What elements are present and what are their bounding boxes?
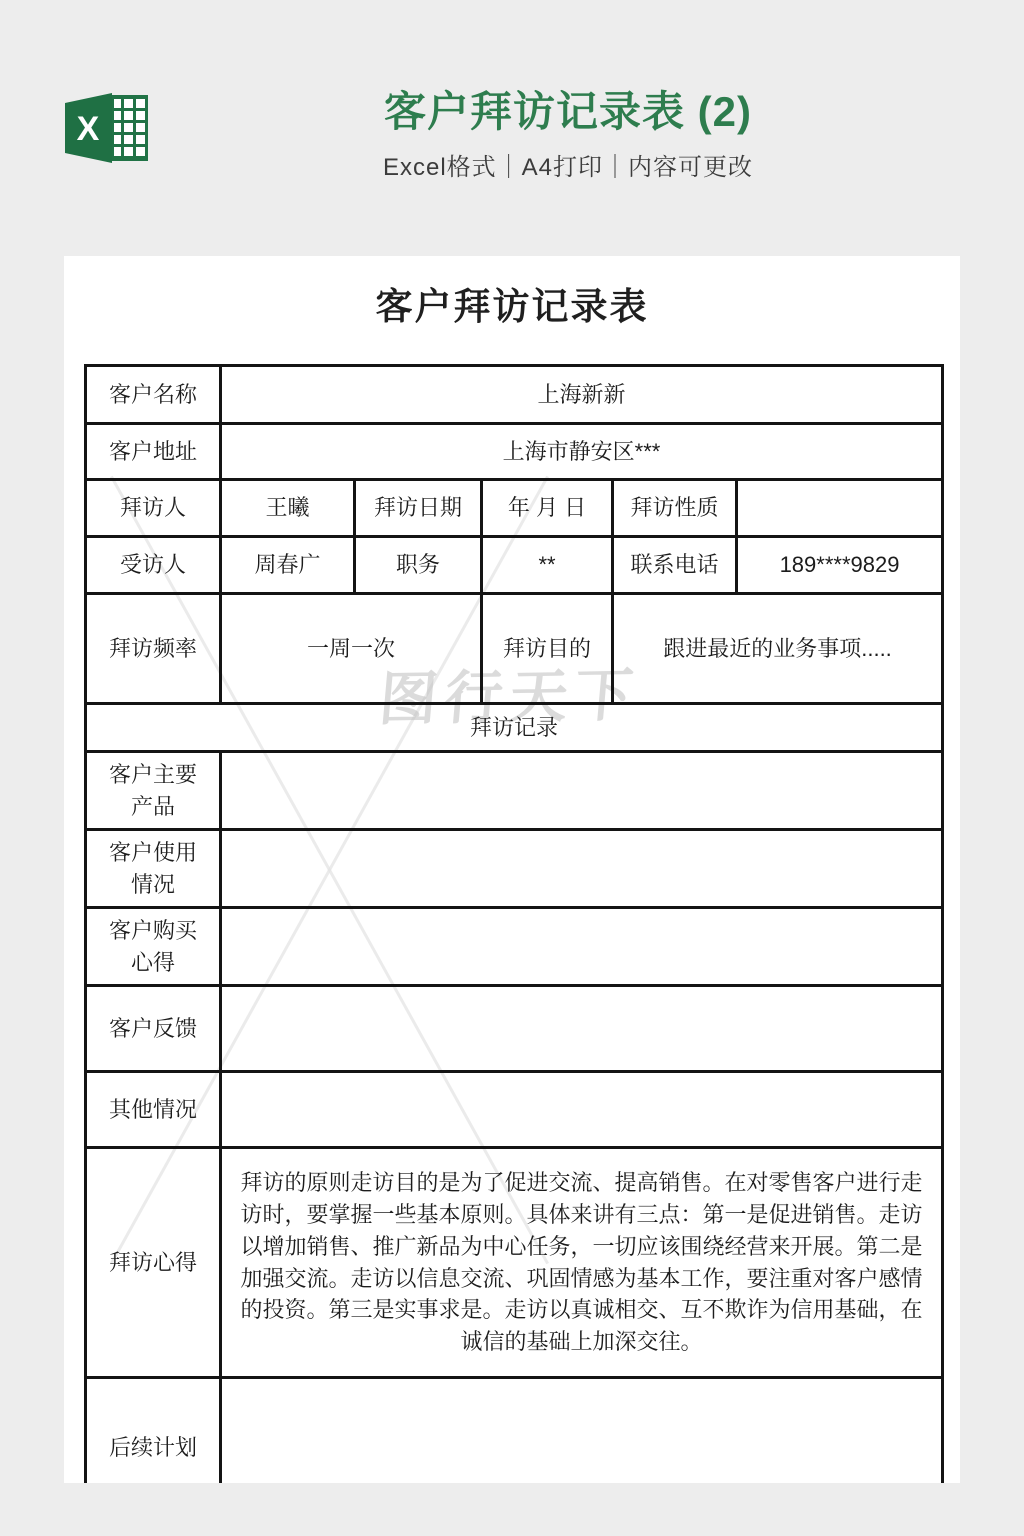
table-section-header-row: 拜访记录 [86,704,943,752]
page-title: 客户拜访记录表 (2) [56,86,1024,139]
usage-value [221,830,943,908]
feedback-label: 客户反馈 [86,986,221,1072]
main-products-label: 客户主要产品 [86,752,221,830]
visit-type-label: 拜访性质 [613,480,737,537]
phone-label: 联系电话 [613,537,737,594]
visit-date-label: 拜访日期 [355,480,482,537]
main-products-value [221,752,943,830]
table-row: 拜访人 王曦 拜访日期 年 月 日 拜访性质 [86,480,943,537]
table-row: 客户购买心得 [86,908,943,986]
purpose-value: 跟进最近的业务事项..... [613,594,943,704]
table-row: 客户主要产品 [86,752,943,830]
table-row: 客户地址 上海市静安区*** [86,424,943,480]
follow-up-value [221,1378,943,1484]
purpose-label: 拜访目的 [482,594,613,704]
position-value: ** [482,537,613,594]
interviewee-value: 周春广 [221,537,355,594]
table-row: 客户名称 上海新新 [86,366,943,424]
position-label: 职务 [355,537,482,594]
document-card: 图行天下 客户拜访记录表 客户名称 上海新新 客户地址 上海市静安区*** 拜访… [64,256,960,1483]
page-subtitle: Excel格式｜A4打印｜内容可更改 [56,147,1024,182]
visit-date-value: 年 月 日 [482,480,613,537]
table-row: 后续计划 [86,1378,943,1484]
usage-label: 客户使用情况 [86,830,221,908]
customer-address-label: 客户地址 [86,424,221,480]
table-row: 客户使用情况 [86,830,943,908]
frequency-label: 拜访频率 [86,594,221,704]
header-text-block: 客户拜访记录表 (2) Excel格式｜A4打印｜内容可更改 [56,86,1024,182]
insights-label: 拜访心得 [86,1148,221,1378]
visit-record-table: 客户名称 上海新新 客户地址 上海市静安区*** 拜访人 王曦 拜访日期 年 月… [84,364,944,1483]
table-row: 其他情况 [86,1072,943,1148]
other-label: 其他情况 [86,1072,221,1148]
phone-value: 189****9829 [737,537,943,594]
visit-type-value [737,480,943,537]
customer-name-value: 上海新新 [221,366,943,424]
visitor-label: 拜访人 [86,480,221,537]
table-row: 受访人 周春广 职务 ** 联系电话 189****9829 [86,537,943,594]
table-row: 拜访频率 一周一次 拜访目的 跟进最近的业务事项..... [86,594,943,704]
purchase-notes-label: 客户购买心得 [86,908,221,986]
frequency-value: 一周一次 [221,594,482,704]
customer-name-label: 客户名称 [86,366,221,424]
interviewee-label: 受访人 [86,537,221,594]
insights-value: 拜访的原则走访目的是为了促进交流、提高销售。在对零售客户进行走访时，要掌握一些基… [221,1148,943,1378]
other-value [221,1072,943,1148]
feedback-value [221,986,943,1072]
document-title: 客户拜访记录表 [64,256,960,330]
table-row: 拜访心得 拜访的原则走访目的是为了促进交流、提高销售。在对零售客户进行走访时，要… [86,1148,943,1378]
page-header: X 客户拜访记录表 (2) Excel格式｜A4打印｜内容可更改 [0,0,1024,256]
purchase-notes-value [221,908,943,986]
table-row: 客户反馈 [86,986,943,1072]
follow-up-label: 后续计划 [86,1378,221,1484]
customer-address-value: 上海市静安区*** [221,424,943,480]
visitor-value: 王曦 [221,480,355,537]
visit-record-section-header: 拜访记录 [86,704,943,752]
